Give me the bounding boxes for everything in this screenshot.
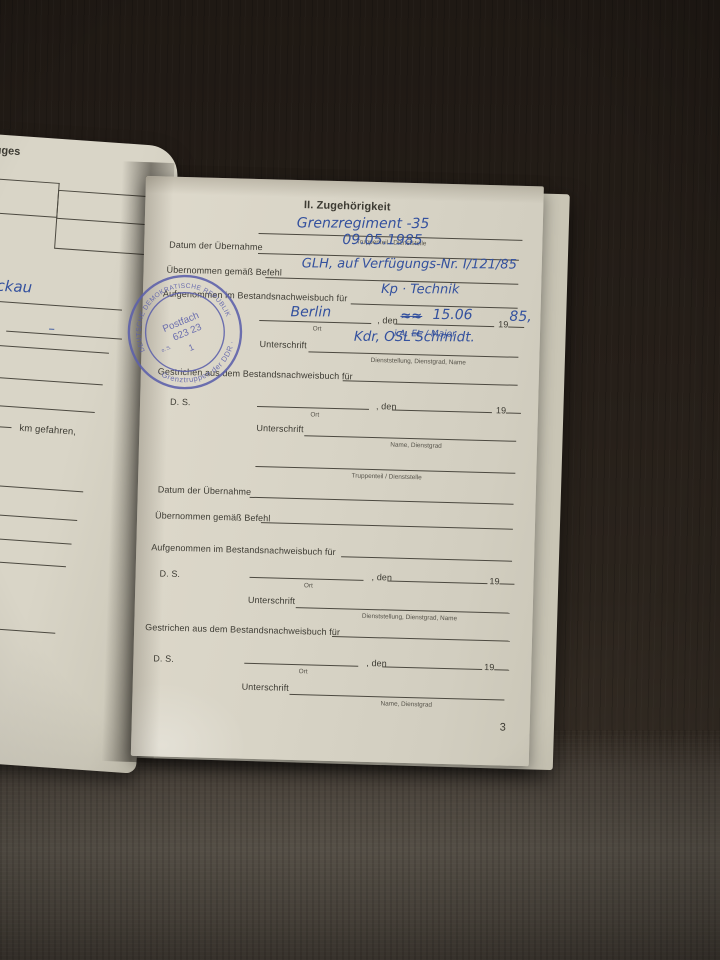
form-line xyxy=(494,669,509,670)
form-line xyxy=(261,522,513,530)
form-line xyxy=(0,341,109,353)
label-uebernommen-befehl: Übernommen gemäß Befehl xyxy=(155,510,271,523)
label-aufgenommen: Aufgenommen im Bestandsnachweisbuch für xyxy=(151,542,336,557)
form-line xyxy=(0,401,95,413)
handwritten-signature: Kdr, OSL Schmidt. xyxy=(354,329,475,346)
form-line xyxy=(0,624,55,634)
form-line xyxy=(0,422,12,428)
form-line xyxy=(259,320,371,324)
caption-name-dienstgrad: Name, Dienstgrad xyxy=(326,699,486,710)
stamp-line-one: 1 xyxy=(187,342,195,353)
label-jahr: 19 xyxy=(498,319,508,329)
stamp-line-os: o. S. xyxy=(161,345,173,354)
caption-dienststellung: Dienststellung, Dienstgrad, Name xyxy=(323,356,513,368)
label-jahr: 19 xyxy=(484,662,494,672)
label-gestrichen: Gestrichen aus dem Bestandsnachweisbuch … xyxy=(145,622,340,637)
caption-ort: Ort xyxy=(283,582,333,590)
handwritten-ort: Berlin xyxy=(290,304,331,320)
form-line xyxy=(332,636,510,642)
form-line xyxy=(387,580,487,584)
page-title: II. Zugehörigkeit xyxy=(237,197,457,215)
form-line xyxy=(289,694,504,701)
form-line xyxy=(506,413,521,414)
km-gefahren-label: km gefahren, xyxy=(19,423,76,438)
label-unterschrift: Unterschrift xyxy=(242,682,289,693)
form-line xyxy=(382,666,482,670)
form-line xyxy=(343,380,518,386)
form-line xyxy=(0,481,83,492)
label-datum-uebernahme: Datum der Übernahme xyxy=(169,240,263,252)
right-page: II. Zugehörigkeit Grenzregiment -35 Trup… xyxy=(131,176,544,766)
label-ds: D. S. xyxy=(159,568,180,579)
handwritten-unit: Grenzregiment -35 xyxy=(297,215,430,232)
label-unterschrift: Unterschrift xyxy=(256,423,303,434)
form-line xyxy=(0,557,66,567)
handwritten-day: 15.06 xyxy=(432,307,472,323)
handwritten-date: 09.05.1985 xyxy=(342,232,422,248)
handwritten-year: 85, xyxy=(509,309,531,325)
page-number: 3 xyxy=(500,721,506,733)
form-line xyxy=(0,534,72,545)
handwritten-company: Kp · Technik xyxy=(381,282,459,297)
label-jahr: 19 xyxy=(489,576,499,586)
caption-name-dienstgrad: Name, Dienstgrad xyxy=(336,440,496,451)
handwritten-city: ig Zwickau xyxy=(0,274,33,296)
caption-ort: Ort xyxy=(292,325,342,333)
form-line xyxy=(0,510,77,521)
left-heading-fragment: rzeuges xyxy=(0,143,21,158)
form-line xyxy=(250,497,514,505)
label-ds: D. S. xyxy=(153,653,174,664)
form-line xyxy=(508,327,524,328)
handwritten-order: GLH, auf Verfügungs-Nr. I/121/85 xyxy=(302,256,517,272)
form-line xyxy=(257,406,369,410)
caption-ort: Ort xyxy=(290,411,340,419)
caption-dienststellung: Dienststellung, Dienstgrad, Name xyxy=(314,612,504,624)
form-line xyxy=(250,577,364,581)
handwritten-crossed-out: ≈≈ xyxy=(400,309,422,324)
form-line xyxy=(499,583,514,584)
label-unterschrift: Unterschrift xyxy=(260,339,307,350)
label-datum-uebernahme: Datum der Übernahme xyxy=(158,484,252,496)
photo-of-logbook: rzeuges en ig Zwickau ur-Nr. – 340 24 83… xyxy=(0,0,720,960)
label-jahr: 19 xyxy=(496,405,506,415)
caption-truppenteil: Truppenteil / Dienststelle xyxy=(294,471,479,483)
form-line xyxy=(0,373,103,385)
form-line xyxy=(394,324,494,328)
form-line xyxy=(392,410,492,414)
left-table-cell xyxy=(0,176,60,218)
form-line xyxy=(0,298,122,311)
form-line xyxy=(6,331,122,340)
caption-ort: Ort xyxy=(278,668,328,676)
form-line xyxy=(244,663,358,667)
label-unterschrift: Unterschrift xyxy=(248,595,295,606)
form-line xyxy=(341,556,512,561)
